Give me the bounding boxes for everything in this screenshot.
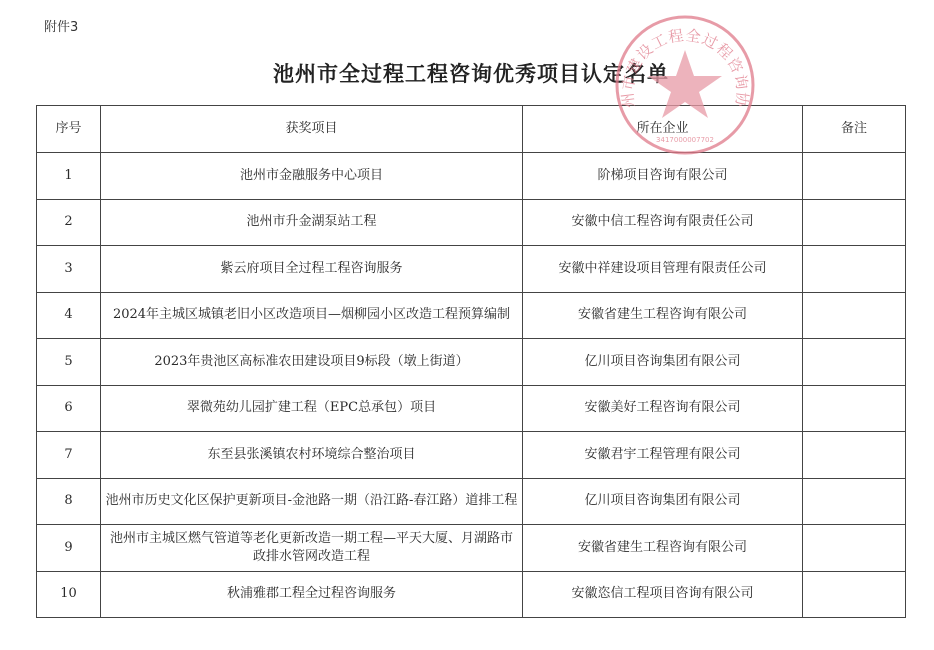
award-list-table: 序号 获奖项目 所在企业 备注 1 池州市金融服务中心项目 阶梯项目咨询有限公司… xyxy=(36,105,906,618)
cell-company: 安徽中祥建设项目管理有限责任公司 xyxy=(523,246,803,293)
cell-no: 7 xyxy=(37,432,101,479)
column-header-no: 序号 xyxy=(37,106,101,153)
cell-company: 亿川项目咨询集团有限公司 xyxy=(523,339,803,386)
column-header-note: 备注 xyxy=(803,106,906,153)
table-row: 3 紫云府项目全过程工程咨询服务 安徽中祥建设项目管理有限责任公司 xyxy=(37,246,906,293)
table-row: 6 翠微苑幼儿园扩建工程（EPC总承包）项目 安徽美好工程咨询有限公司 xyxy=(37,385,906,432)
cell-project: 2023年贵池区高标准农田建设项目9标段（墩上街道） xyxy=(101,339,523,386)
cell-company: 安徽美好工程咨询有限公司 xyxy=(523,385,803,432)
cell-note xyxy=(803,292,906,339)
table-row: 1 池州市金融服务中心项目 阶梯项目咨询有限公司 xyxy=(37,153,906,200)
cell-project: 池州市历史文化区保护更新项目-金池路一期（沿江路-春江路）道排工程 xyxy=(101,478,523,525)
cell-no: 9 xyxy=(37,525,101,572)
cell-company: 安徽中信工程咨询有限责任公司 xyxy=(523,199,803,246)
cell-no: 4 xyxy=(37,292,101,339)
table-row: 5 2023年贵池区高标准农田建设项目9标段（墩上街道） 亿川项目咨询集团有限公… xyxy=(37,339,906,386)
column-header-company: 所在企业 xyxy=(523,106,803,153)
cell-note xyxy=(803,339,906,386)
cell-note xyxy=(803,246,906,293)
cell-note xyxy=(803,199,906,246)
table-header-row: 序号 获奖项目 所在企业 备注 xyxy=(37,106,906,153)
cell-no: 3 xyxy=(37,246,101,293)
cell-no: 2 xyxy=(37,199,101,246)
cell-company: 亿川项目咨询集团有限公司 xyxy=(523,478,803,525)
cell-project: 东至县张溪镇农村环境综合整治项目 xyxy=(101,432,523,479)
cell-note xyxy=(803,525,906,572)
table-row: 7 东至县张溪镇农村环境综合整治项目 安徽君宇工程管理有限公司 xyxy=(37,432,906,479)
cell-note xyxy=(803,571,906,618)
cell-project: 紫云府项目全过程工程咨询服务 xyxy=(101,246,523,293)
page-title: 池州市全过程工程咨询优秀项目认定名单 xyxy=(0,58,934,88)
cell-no: 10 xyxy=(37,571,101,618)
table-row: 2 池州市升金湖泵站工程 安徽中信工程咨询有限责任公司 xyxy=(37,199,906,246)
cell-note xyxy=(803,478,906,525)
table-row: 9 池州市主城区燃气管道等老化更新改造一期工程—平天大厦、月湖路市政排水管网改造… xyxy=(37,525,906,572)
cell-note xyxy=(803,153,906,200)
cell-project: 池州市金融服务中心项目 xyxy=(101,153,523,200)
cell-no: 5 xyxy=(37,339,101,386)
cell-company: 安徽省建生工程咨询有限公司 xyxy=(523,525,803,572)
cell-no: 8 xyxy=(37,478,101,525)
cell-company: 安徽恣信工程项目咨询有限公司 xyxy=(523,571,803,618)
cell-no: 1 xyxy=(37,153,101,200)
cell-no: 6 xyxy=(37,385,101,432)
cell-project: 翠微苑幼儿园扩建工程（EPC总承包）项目 xyxy=(101,385,523,432)
attachment-label: 附件3 xyxy=(44,16,78,35)
cell-note xyxy=(803,432,906,479)
cell-company: 安徽君宇工程管理有限公司 xyxy=(523,432,803,479)
cell-project: 2024年主城区城镇老旧小区改造项目—烟柳园小区改造工程预算编制 xyxy=(101,292,523,339)
table-row: 8 池州市历史文化区保护更新项目-金池路一期（沿江路-春江路）道排工程 亿川项目… xyxy=(37,478,906,525)
table-row: 4 2024年主城区城镇老旧小区改造项目—烟柳园小区改造工程预算编制 安徽省建生… xyxy=(37,292,906,339)
cell-company: 阶梯项目咨询有限公司 xyxy=(523,153,803,200)
column-header-project: 获奖项目 xyxy=(101,106,523,153)
cell-project: 池州市升金湖泵站工程 xyxy=(101,199,523,246)
cell-company: 安徽省建生工程咨询有限公司 xyxy=(523,292,803,339)
cell-note xyxy=(803,385,906,432)
cell-project: 秋浦雅郡工程全过程咨询服务 xyxy=(101,571,523,618)
table-row: 10 秋浦雅郡工程全过程咨询服务 安徽恣信工程项目咨询有限公司 xyxy=(37,571,906,618)
cell-project: 池州市主城区燃气管道等老化更新改造一期工程—平天大厦、月湖路市政排水管网改造工程 xyxy=(101,525,523,572)
